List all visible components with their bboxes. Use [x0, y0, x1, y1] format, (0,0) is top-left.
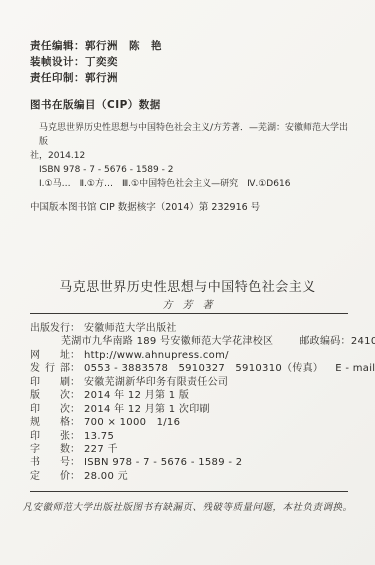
pub-value: 2014 年 12 月第 1 版	[84, 390, 189, 401]
credit-label: 装帧设计：	[30, 56, 85, 68]
pub-label: 规格	[30, 416, 70, 429]
pub-label: 印刷	[30, 376, 70, 389]
pub-colon: ：	[70, 362, 80, 375]
pub-row-isbn: 书号：ISBN 978 - 7 - 5676 - 1589 - 2	[30, 456, 375, 469]
cip-classification: Ⅰ.①马… Ⅱ.①方… Ⅲ.①中国特色社会主义—研究 Ⅳ.①D616	[30, 177, 352, 191]
pub-value: 安徽芜湖新华印务有限责任公司	[84, 377, 228, 388]
book-copyright-page: 责任编辑：郭行洲 陈 艳 装帧设计：丁奕奕 责任印制：郭行洲 图书在版编目（CI…	[0, 0, 375, 565]
cip-registry-number: 中国版本图书馆 CIP 数据核字（2014）第 232916 号	[30, 199, 260, 213]
pub-colon: ：	[70, 430, 80, 443]
pub-colon: ：	[70, 322, 80, 335]
phone-numbers: 0553 - 3883578 5910327 5910310（传真）	[84, 363, 323, 374]
pub-row-distribution: 发行部：0553 - 3883578 5910327 5910310（传真）E …	[30, 362, 375, 375]
pub-row-wordcount: 字数：227 千	[30, 443, 375, 456]
quality-notice: 凡安徽师范大学出版社版图书有缺漏页、残破等质量问题，本社负责调换。	[0, 499, 375, 513]
email-address: E - mail：asdcbsfxb@126.com	[335, 363, 375, 374]
pub-colon: ：	[70, 470, 80, 483]
pub-row-edition: 版次：2014 年 12 月第 1 版	[30, 389, 375, 402]
credit-value: 郭行洲 陈 艳	[85, 40, 162, 52]
book-isbn: ISBN 978 - 7 - 5676 - 1589 - 2	[84, 457, 242, 468]
pub-label: 字数	[30, 443, 70, 456]
pub-label: 发行部	[30, 362, 70, 375]
pub-label: 版次	[30, 389, 70, 402]
credit-value: 郭行洲	[85, 72, 118, 84]
pub-row-format: 规格：700 × 1000 1/16	[30, 416, 375, 429]
pub-label: 印次	[30, 403, 70, 416]
book-title: 马克思世界历史性思想与中国特色社会主义	[0, 276, 375, 295]
divider-top	[30, 313, 348, 314]
cip-entry-line2: 社，2014.12	[30, 149, 352, 163]
pub-colon: ：	[70, 403, 80, 416]
pub-value: 13.75	[84, 431, 114, 442]
pub-label: 书号	[30, 456, 70, 469]
credit-line-editor: 责任编辑：郭行洲 陈 艳	[30, 38, 162, 54]
pub-row-printer: 印刷：安徽芜湖新华印务有限责任公司	[30, 376, 375, 389]
publication-info: 出版发行：安徽师范大学出版社 芜湖市九华南路 189 号安徽师范大学花津校区邮政…	[30, 322, 375, 483]
postal-code: 邮政编码：241002	[299, 336, 375, 347]
credit-value: 丁奕奕	[85, 56, 118, 68]
pub-label: 定价	[30, 470, 70, 483]
pub-value: 700 × 1000 1/16	[84, 417, 180, 428]
cip-record: 马克思世界历史性思想与中国特色社会主义/方芳著．—芜湖：安徽师范大学出版 社，2…	[30, 121, 352, 191]
pub-value: 安徽师范大学出版社	[84, 323, 177, 334]
pub-value: 227 千	[84, 444, 118, 455]
credit-label: 责任印制：	[30, 72, 85, 84]
book-author: 方 芳 著	[0, 296, 375, 311]
pub-colon: ：	[70, 376, 80, 389]
pub-colon: ：	[70, 389, 80, 402]
pub-row-website: 网址：http://www.ahnupress.com/	[30, 349, 375, 362]
pub-row-publisher: 出版发行：安徽师范大学出版社	[30, 322, 375, 335]
pub-label: 网址	[30, 349, 70, 362]
pub-colon: ：	[70, 349, 80, 362]
credit-label: 责任编辑：	[30, 40, 85, 52]
pub-colon: ：	[70, 416, 80, 429]
pub-colon: ：	[70, 456, 80, 469]
staff-credits: 责任编辑：郭行洲 陈 艳 装帧设计：丁奕奕 责任印制：郭行洲	[30, 38, 162, 86]
divider-bottom	[30, 491, 348, 492]
website-url: http://www.ahnupress.com/	[84, 350, 229, 361]
pub-label: 出版发行	[30, 322, 70, 335]
pub-colon: ：	[70, 443, 80, 456]
book-price: 28.00 元	[84, 471, 128, 482]
pub-row-impression: 印次：2014 年 12 月第 1 次印刷	[30, 403, 375, 416]
cip-entry-line1: 马克思世界历史性思想与中国特色社会主义/方芳著．—芜湖：安徽师范大学出版	[30, 121, 352, 149]
credit-line-printing: 责任印制：郭行洲	[30, 70, 162, 86]
pub-value: 2014 年 12 月第 1 次印刷	[84, 404, 210, 415]
pub-row-sheets: 印张：13.75	[30, 430, 375, 443]
pub-row-price: 定价：28.00 元	[30, 470, 375, 483]
pub-value: 芜湖市九华南路 189 号安徽师范大学花津校区	[30, 336, 273, 347]
cip-isbn: ISBN 978 - 7 - 5676 - 1589 - 2	[30, 163, 352, 177]
credit-line-designer: 装帧设计：丁奕奕	[30, 54, 162, 70]
pub-label: 印张	[30, 430, 70, 443]
cip-heading: 图书在版编目（CIP）数据	[30, 97, 161, 112]
pub-row-address: 芜湖市九华南路 189 号安徽师范大学花津校区邮政编码：241002	[30, 335, 375, 348]
